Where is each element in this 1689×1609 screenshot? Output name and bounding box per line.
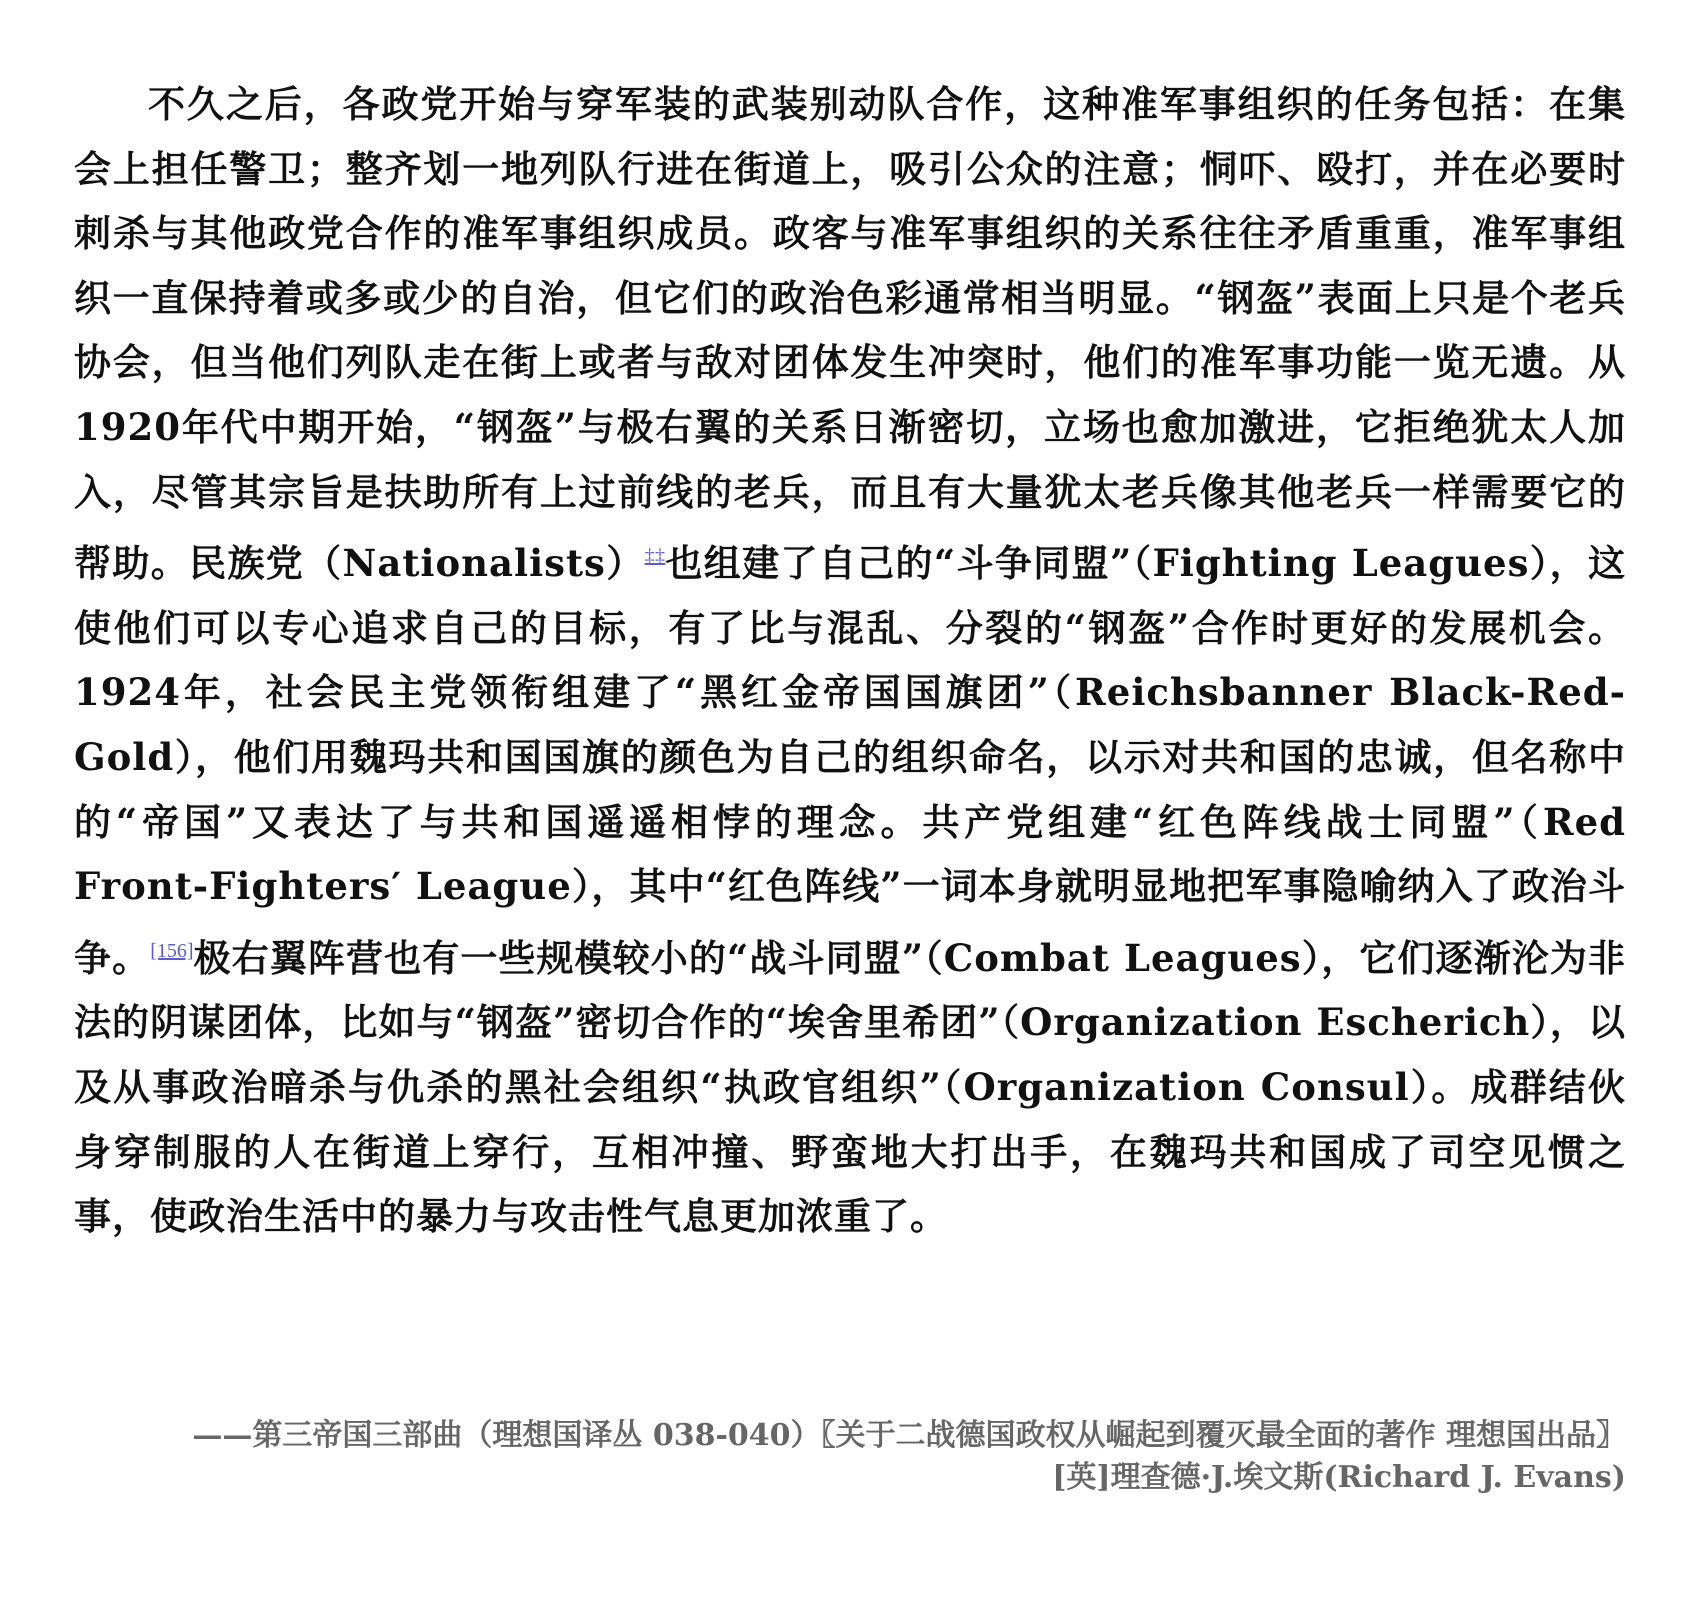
citation-source: ——第三帝国三部曲（理想国译丛 038-040）〖关于二战德国政权从崛起到覆灭最… bbox=[126, 1415, 1626, 1457]
citation-author: [英]理查德·J.埃文斯(Richard J. Evans) bbox=[126, 1457, 1626, 1499]
body-paragraph: 不久之后，各政党开始与穿军装的武装别动队合作，这种准军事组织的任务包括：在集会上… bbox=[74, 72, 1626, 1249]
citation-block: ——第三帝国三部曲（理想国译丛 038-040）〖关于二战德国政权从崛起到覆灭最… bbox=[126, 1415, 1626, 1499]
footnote-link-156[interactable]: [156] bbox=[150, 940, 193, 962]
paragraph-text-part-2: 也组建了自己的“斗争同盟”（Fighting Leagues），这使他们可以专心… bbox=[74, 541, 1626, 980]
footnote-link-double-dagger[interactable]: ‡‡ bbox=[645, 545, 666, 567]
paragraph-text-part-3: 极右翼阵营也有一些规模较小的“战斗同盟”（Combat Leagues），它们逐… bbox=[74, 936, 1626, 1238]
document-body: 不久之后，各政党开始与穿军装的武装别动队合作，这种准军事组织的任务包括：在集会上… bbox=[74, 72, 1626, 1249]
paragraph-text-part-1: 不久之后，各政党开始与穿军装的武装别动队合作，这种准军事组织的任务包括：在集会上… bbox=[74, 82, 1626, 585]
